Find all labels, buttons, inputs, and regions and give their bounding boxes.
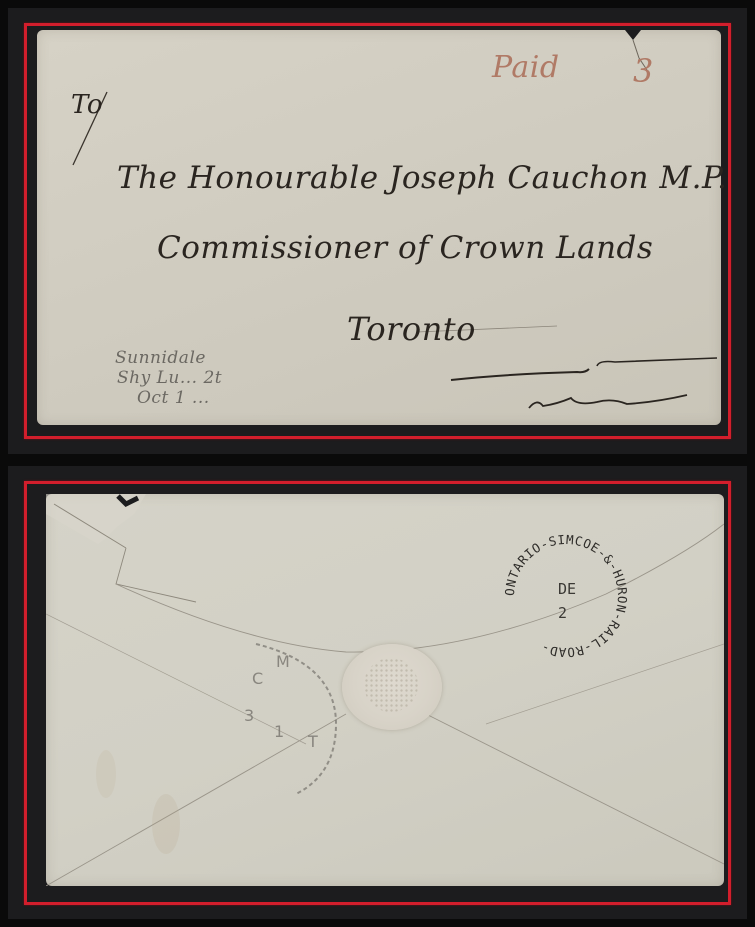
address-line-title: Commissioner of Crown Lands <box>157 230 653 266</box>
sender-note-line: Shy Lu... 2t <box>117 368 222 388</box>
envelope-front-panel: Paid 3 To The Honourable Joseph Cauchon … <box>8 8 747 454</box>
postmark-month: DE <box>558 580 576 598</box>
envelope-front: Paid 3 To The Honourable Joseph Cauchon … <box>37 30 721 425</box>
address-line-city: Toronto <box>347 310 476 348</box>
faint-postmark-fragment: C <box>252 669 263 688</box>
faint-postmark-fragment: 1 <box>274 722 284 741</box>
salutation: To <box>71 90 103 120</box>
sender-note-line: Sunnidale <box>115 348 206 368</box>
rate-marking: 3 <box>633 52 654 90</box>
paid-marking: Paid <box>492 50 560 85</box>
faint-postmark-fragment: M <box>276 652 290 671</box>
sender-note-line: Oct 1 ... <box>137 388 210 408</box>
faint-postmark-fragment: 3 <box>244 706 254 725</box>
faint-postmark-fragment: T <box>308 732 318 751</box>
embossed-wax-seal <box>342 644 442 730</box>
seal-pattern <box>364 658 418 712</box>
postmark-day: 2 <box>558 604 567 622</box>
address-line-addressee: The Honourable Joseph Cauchon M.P. <box>117 160 727 196</box>
envelope-back-panel: M C 3 1 T ONTARIO-SIMCOE-&-HURON-RAIL-RO… <box>8 466 747 919</box>
envelope-back: M C 3 1 T ONTARIO-SIMCOE-&-HURON-RAIL-RO… <box>46 494 724 886</box>
